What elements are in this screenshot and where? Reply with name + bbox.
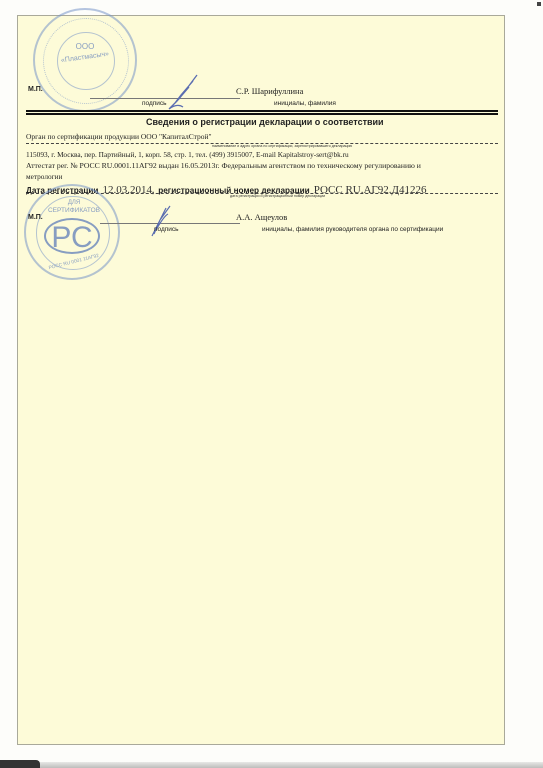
head-name: А.А. Ащеулов (236, 212, 287, 222)
company-stamp: ООО «Пластмасыч» (33, 8, 137, 112)
authority-caption: наименование и адрес органа по сертифика… (212, 144, 352, 148)
certificate-page: ООО «Пластмасыч» М.П. С.Р. Шарифуллина п… (17, 15, 505, 745)
signature-caption-2: подпись (154, 226, 179, 233)
scan-artifact (537, 2, 541, 6)
signature-caption: подпись (142, 100, 167, 107)
scan-edge (0, 762, 543, 768)
stamp-place-label-2: М.П. (28, 214, 43, 221)
attestat-line-1: Аттестат рег. № РОСС RU.0001.11АГ92 выда… (26, 161, 421, 170)
address-line: 115093, г. Москва, пер. Партийный, 1, ко… (26, 150, 349, 159)
scan-corner-artifact (0, 760, 40, 768)
stamp-place-label: М.П. (28, 86, 43, 93)
signer-name: С.Р. Шарифуллина (236, 86, 303, 96)
declaration-number: РОСС RU.АГ92.Д41226 (314, 184, 427, 196)
section-divider (26, 110, 498, 112)
date-value: 12.03.2014 (102, 184, 152, 196)
stamp-mid-text: СЕРТИФИКАТОВ (40, 207, 108, 214)
name-caption: инициалы, фамилия (274, 100, 336, 107)
name-caption-2: инициалы, фамилия руководителя органа по… (262, 226, 443, 233)
authority-line: Орган по сертификации продукции ООО "Кап… (26, 132, 212, 141)
stamp-line-1: ООО (57, 42, 113, 51)
certification-stamp: ДЛЯ СЕРТИФИКАТОВ РС РОСС RU 0001 11АГ92 (24, 184, 120, 280)
rs-logo-icon: РС (44, 218, 100, 254)
section-heading: Сведения о регистрации декларации о соот… (146, 117, 384, 127)
stamp-top-text: ДЛЯ (54, 200, 94, 206)
signature-mark-icon (163, 73, 203, 113)
date-number-caption: дата регистрации и регистрационный номер… (230, 194, 325, 198)
